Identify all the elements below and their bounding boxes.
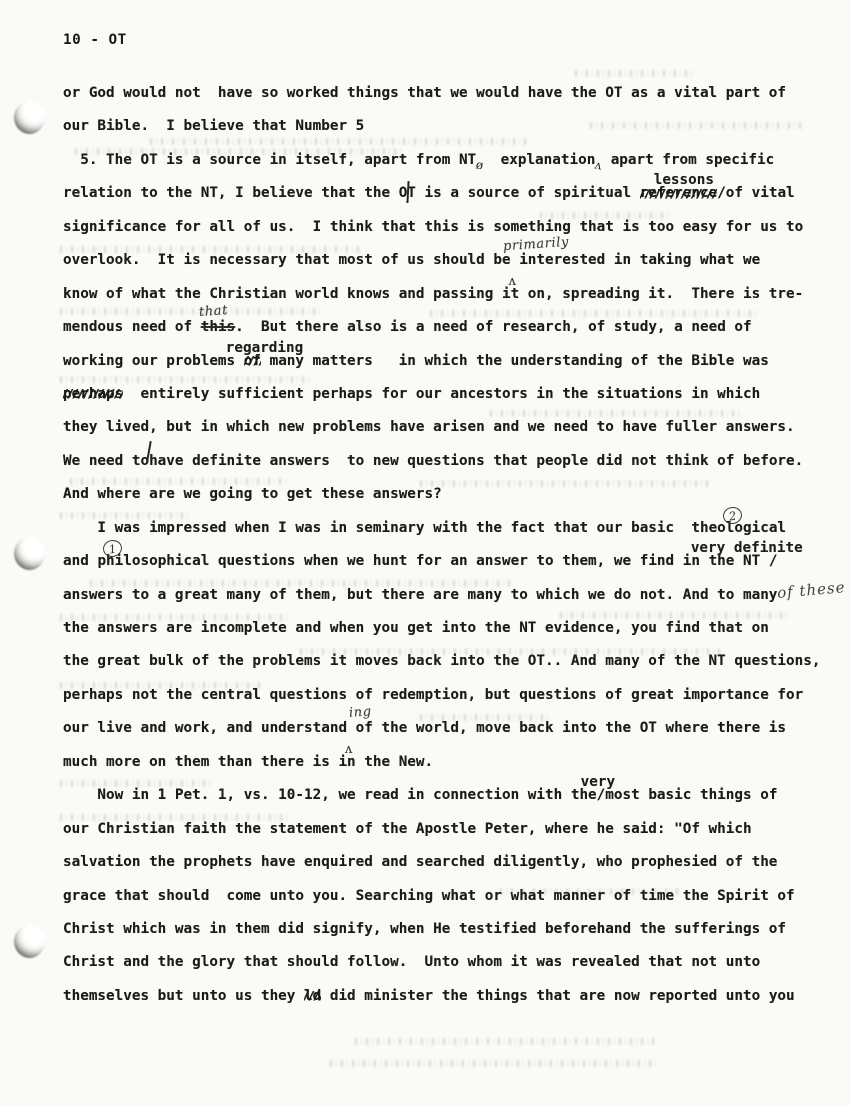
scan-smudge xyxy=(60,308,320,315)
scan-smudge xyxy=(60,512,190,519)
scan-smudge xyxy=(420,480,710,487)
typed-text: and xyxy=(63,553,97,569)
scan-smudge xyxy=(300,648,720,655)
typed-insertion: regarding xyxy=(226,340,303,356)
typed-text: have definite answers to new questions t… xyxy=(149,453,803,469)
typed-line: and 1philosophical questions when we hun… xyxy=(63,545,831,578)
typed-line: Christ and the glory that should follow.… xyxy=(63,946,831,979)
typed-text: . But there also is a need of research, … xyxy=(235,319,751,335)
hole-punch-shadow xyxy=(14,537,45,570)
scan-smudge xyxy=(60,376,310,383)
scan-smudge xyxy=(500,888,680,895)
typed-text: themselves but unto us they xyxy=(63,988,304,1004)
typed-line: significance for all of us. I think that… xyxy=(63,211,831,244)
proofreader-mark: ø xyxy=(475,157,485,172)
struck-word: ld xyxy=(304,988,321,1004)
typed-text: know of what the Christian world knows a… xyxy=(63,286,803,302)
scan-smudge xyxy=(60,682,260,689)
typed-text: perhaps not the central questions of red… xyxy=(63,687,803,703)
scan-smudge xyxy=(150,138,530,145)
typed-text: grace that should come unto you. Searchi… xyxy=(63,888,795,904)
scan-smudge xyxy=(90,580,510,587)
overstruck-word: OT xyxy=(399,177,416,210)
typed-text: And where are we going to get these answ… xyxy=(63,486,442,502)
typed-line: grace that should come unto you. Searchi… xyxy=(63,880,831,913)
typed-text: relation to the NT, I believe that the xyxy=(63,185,399,201)
typed-text: philosophical questions when we hunt for… xyxy=(97,553,768,569)
typed-line: or God would not have so worked things t… xyxy=(63,77,831,110)
scan-smudge xyxy=(430,310,760,317)
typed-text: /of vital xyxy=(717,185,794,201)
scan-smudge xyxy=(70,478,290,485)
struck-word: this xyxy=(201,319,235,335)
typed-text: explanation xyxy=(483,152,595,168)
typed-line: Christ which was in them did signify, wh… xyxy=(63,913,831,946)
typed-text: Now in 1 Pet. 1, vs. 10-12, we read in c… xyxy=(63,787,597,803)
typed-text: our Bible. I believe that Number 5 xyxy=(63,118,364,134)
hole-punch-shadow xyxy=(14,925,45,958)
typed-text: of the world, move back into the OT wher… xyxy=(347,720,786,736)
typed-text: interested in taking what we xyxy=(511,252,761,268)
typed-line: We need tohave definite answers to new q… xyxy=(63,445,831,478)
typed-line: relation to the NT, I believe that the O… xyxy=(63,177,831,210)
typed-text: our Christian faith the statement of the… xyxy=(63,821,752,837)
proofreader-mark: ʌ xyxy=(594,157,604,172)
document-page: 10 - OT or God would not have so worked … xyxy=(0,0,851,1105)
typed-text: significance for all of us. I think that… xyxy=(63,219,803,235)
typed-text: answers to a great many of them, but the… xyxy=(63,587,777,603)
typed-text: overlook. It is necessary that most of u… xyxy=(63,252,511,268)
scan-smudge xyxy=(75,148,405,155)
typed-insertion: lessons xyxy=(654,172,714,188)
typed-line: working our problems regardingof many ma… xyxy=(63,345,831,378)
scan-smudge xyxy=(330,1060,660,1067)
handwritten-insertion: ing xyxy=(349,705,373,722)
typed-body: or God would not have so worked things t… xyxy=(63,77,831,1013)
typed-text: mendous need of xyxy=(63,319,201,335)
scan-smudge xyxy=(355,1038,655,1045)
typed-text: the answers are incomplete and when you … xyxy=(63,620,769,636)
typed-text: working our problems xyxy=(63,353,244,369)
typed-line: salvation the prophets have enquired and… xyxy=(63,846,831,879)
typed-line: much more on them than there is in the N… xyxy=(63,746,831,779)
handwritten-insertion: of these xyxy=(777,578,847,602)
typed-line: themselves but unto us they ld did minis… xyxy=(63,980,831,1013)
hole-punch-shadow xyxy=(14,101,45,134)
typed-text: much more on them than there is in the N… xyxy=(63,754,433,770)
typed-insertion: very xyxy=(581,774,615,790)
typed-text: /most basic things of xyxy=(597,787,778,803)
scan-smudge xyxy=(540,212,670,219)
typed-text: We need to xyxy=(63,453,149,469)
struck-word: perhaps xyxy=(63,386,123,402)
typed-text: is a source of spiritual xyxy=(416,185,640,201)
typed-text: salvation the prophets have enquired and… xyxy=(63,854,777,870)
typed-text: did minister the things that are now rep… xyxy=(321,988,794,1004)
typed-text: many matters in which the understanding … xyxy=(261,353,769,369)
scan-smudge xyxy=(575,70,695,77)
typed-insertion: very definite xyxy=(691,540,803,556)
scan-smudge xyxy=(590,122,805,129)
page-number-header: 10 - OT xyxy=(63,32,127,48)
typed-text: Christ and the glory that should follow.… xyxy=(63,954,760,970)
scan-smudge xyxy=(60,814,290,821)
scan-smudge xyxy=(60,614,290,621)
scan-smudge xyxy=(490,410,740,417)
scan-smudge xyxy=(560,612,790,619)
scan-smudge xyxy=(60,246,360,253)
typed-line: know of what the Christian world knows a… xyxy=(63,278,831,311)
typed-text: Christ which was in them did signify, wh… xyxy=(63,921,786,937)
typed-text: I was impressed when I was in seminary w… xyxy=(63,520,683,536)
typed-text: the great bulk of the problems it moves … xyxy=(63,653,820,669)
scan-smudge xyxy=(60,780,210,787)
scan-smudge xyxy=(420,714,550,721)
typed-text: entirely sufficient perhaps for our ance… xyxy=(123,386,760,402)
typed-text: they lived, but in which new problems ha… xyxy=(63,419,795,435)
typed-text: or God would not have so worked things t… xyxy=(63,85,786,101)
typed-text: apart from specific xyxy=(602,152,774,168)
typed-text: our live and work, and understand xyxy=(63,720,347,736)
